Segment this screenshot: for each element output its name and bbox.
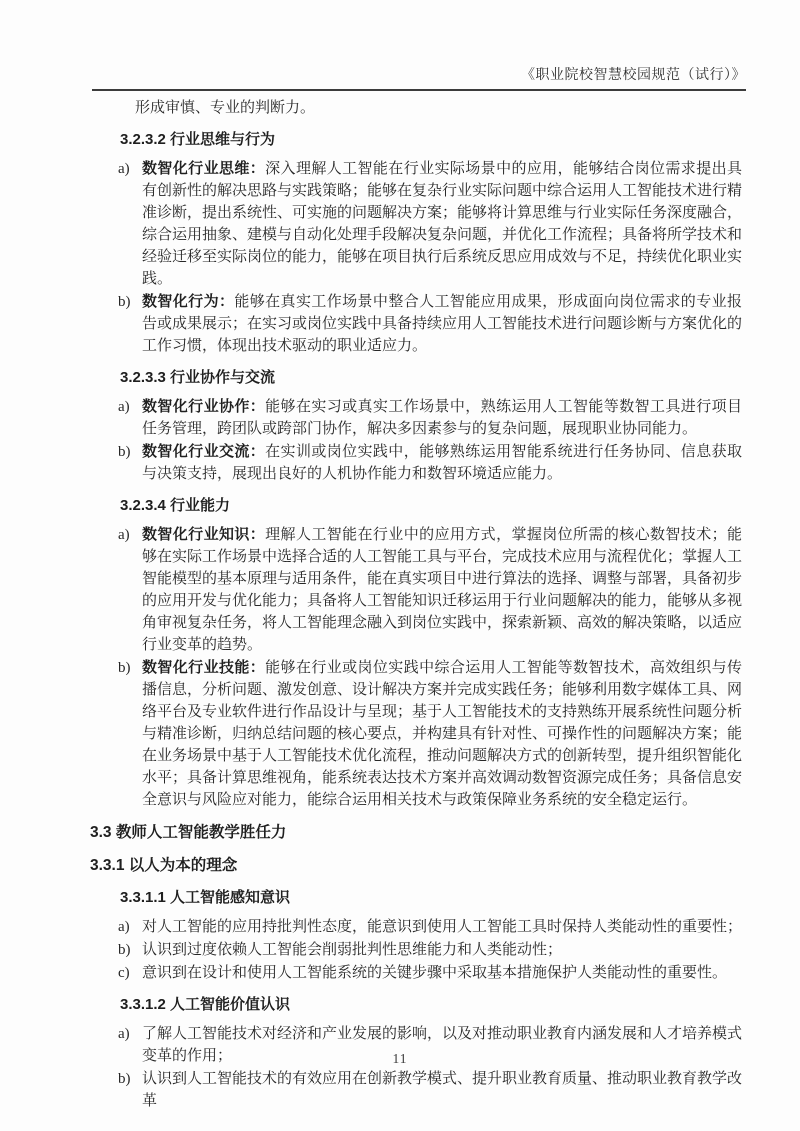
list-item-body: 数智化行业协作：能够在实习或真实工作场景中，熟练运用人工智能等数智工具进行项目任… xyxy=(142,396,742,440)
list-item-lead: 数智化行业思维： xyxy=(142,160,265,177)
page-number: 11 xyxy=(393,1051,408,1066)
document-body: 形成审慎、专业的判断力。3.2.3.2 行业思维与行为a)数智化行业思维：深入理… xyxy=(90,97,742,1113)
list-item-body: 数智化行业知识：理解人工智能在行业中的应用方式，掌握岗位所需的核心数智技术；能够… xyxy=(142,524,742,656)
section-heading-level4: 3.2.3.3 行业协作与交流 xyxy=(120,367,742,389)
list-item-body: 对人工智能的应用持批判性态度，能意识到使用人工智能工具时保持人类能动性的重要性； xyxy=(142,916,742,938)
list-item: a)数智化行业知识：理解人工智能在行业中的应用方式，掌握岗位所需的核心数智技术；… xyxy=(118,524,742,656)
list-item-lead: 数智化行业交流： xyxy=(142,443,265,460)
list-item: a)数智化行业协作：能够在实习或真实工作场景中，熟练运用人工智能等数智工具进行项… xyxy=(118,396,742,440)
list-item-marker: a) xyxy=(118,916,142,938)
document-page: 《职业院校智慧校园规范（试行）》 形成审慎、专业的判断力。3.2.3.2 行业思… xyxy=(0,0,800,1131)
list-item: a)对人工智能的应用持批判性态度，能意识到使用人工智能工具时保持人类能动性的重要… xyxy=(118,916,742,938)
section-heading-level4: 3.3.1.1 人工智能感知意识 xyxy=(120,887,742,909)
paragraph: 形成审慎、专业的判断力。 xyxy=(135,97,742,119)
list-item-lead: 数智化行为： xyxy=(142,293,234,310)
list-item: c)意识到在设计和使用人工智能系统的关键步骤中采取基本措施保护人类能动性的重要性… xyxy=(118,962,742,984)
list-item-body: 认识到人工智能技术的有效应用在创新教学模式、提升职业教育质量、推动职业教育教学改… xyxy=(142,1068,742,1112)
list-item-text: 能够在行业或岗位实践中综合运用人工智能等数智技术，高效组织与传播信息，分析问题、… xyxy=(142,660,742,808)
list-item-body: 数智化行业思维：深入理解人工智能在行业实际场景中的应用，能够结合岗位需求提出具有… xyxy=(142,158,742,290)
list-item-body: 认识到过度依赖人工智能会削弱批判性思维能力和人类能动性； xyxy=(142,939,742,961)
section-heading-level4: 3.2.3.2 行业思维与行为 xyxy=(120,129,742,151)
list-item-text: 认识到过度依赖人工智能会削弱批判性思维能力和人类能动性； xyxy=(142,942,562,958)
list-item-body: 意识到在设计和使用人工智能系统的关键步骤中采取基本措施保护人类能动性的重要性。 xyxy=(142,962,742,984)
list-item-text: 对人工智能的应用持批判性态度，能意识到使用人工智能工具时保持人类能动性的重要性； xyxy=(142,919,742,935)
list-item-text: 认识到人工智能技术的有效应用在创新教学模式、提升职业教育质量、推动职业教育教学改… xyxy=(142,1071,742,1109)
list-item-body: 数智化行业交流：在实训或岗位实践中，能够熟练运用智能系统进行任务协同、信息获取与… xyxy=(142,441,742,485)
list-item: b)数智化行业技能：能够在行业或岗位实践中综合运用人工智能等数智技术，高效组织与… xyxy=(118,657,742,811)
list-item-body: 数智化行为：能够在真实工作场景中整合人工智能应用成果，形成面向岗位需求的专业报告… xyxy=(142,291,742,357)
list-item-marker: a) xyxy=(118,396,142,440)
section-heading-level3: 3.3.1 以人为本的理念 xyxy=(90,855,742,877)
list-item-marker: c) xyxy=(118,962,142,984)
list-item-lead: 数智化行业协作： xyxy=(142,398,265,415)
list-item-marker: b) xyxy=(118,441,142,485)
section-heading-level2: 3.3 教师人工智能教学胜任力 xyxy=(90,822,742,844)
section-heading-level4: 3.2.3.4 行业能力 xyxy=(120,495,742,517)
list-item-body: 数智化行业技能：能够在行业或岗位实践中综合运用人工智能等数智技术，高效组织与传播… xyxy=(142,657,742,811)
list-item-text: 意识到在设计和使用人工智能系统的关键步骤中采取基本措施保护人类能动性的重要性。 xyxy=(142,965,727,981)
list-item-lead: 数智化行业知识： xyxy=(142,526,265,543)
page-footer: 11 xyxy=(0,1051,800,1067)
list-item: b)数智化行业交流：在实训或岗位实践中，能够熟练运用智能系统进行任务协同、信息获… xyxy=(118,441,742,485)
list-item-marker: b) xyxy=(118,939,142,961)
list-item-text: 理解人工智能在行业中的应用方式，掌握岗位所需的核心数智技术；能够在实际工作场景中… xyxy=(142,527,742,653)
page-header: 《职业院校智慧校园规范（试行）》 xyxy=(92,0,746,91)
list-item-text: 深入理解人工智能在行业实际场景中的应用，能够结合岗位需求提出具有创新性的解决思路… xyxy=(142,161,742,287)
list-item-marker: b) xyxy=(118,1068,142,1112)
list-item: b)数智化行为：能够在真实工作场景中整合人工智能应用成果，形成面向岗位需求的专业… xyxy=(118,291,742,357)
header-title: 《职业院校智慧校园规范（试行）》 xyxy=(521,64,746,84)
list-item: b)认识到人工智能技术的有效应用在创新教学模式、提升职业教育质量、推动职业教育教… xyxy=(118,1068,742,1112)
list-item-marker: b) xyxy=(118,657,142,811)
list-item: b)认识到过度依赖人工智能会削弱批判性思维能力和人类能动性； xyxy=(118,939,742,961)
list-item-lead: 数智化行业技能： xyxy=(142,659,265,676)
list-item-marker: a) xyxy=(118,524,142,656)
list-item: a)数智化行业思维：深入理解人工智能在行业实际场景中的应用，能够结合岗位需求提出… xyxy=(118,158,742,290)
list-item-marker: a) xyxy=(118,158,142,290)
section-heading-level4: 3.3.1.2 人工智能价值认识 xyxy=(120,994,742,1016)
list-item-marker: b) xyxy=(118,291,142,357)
